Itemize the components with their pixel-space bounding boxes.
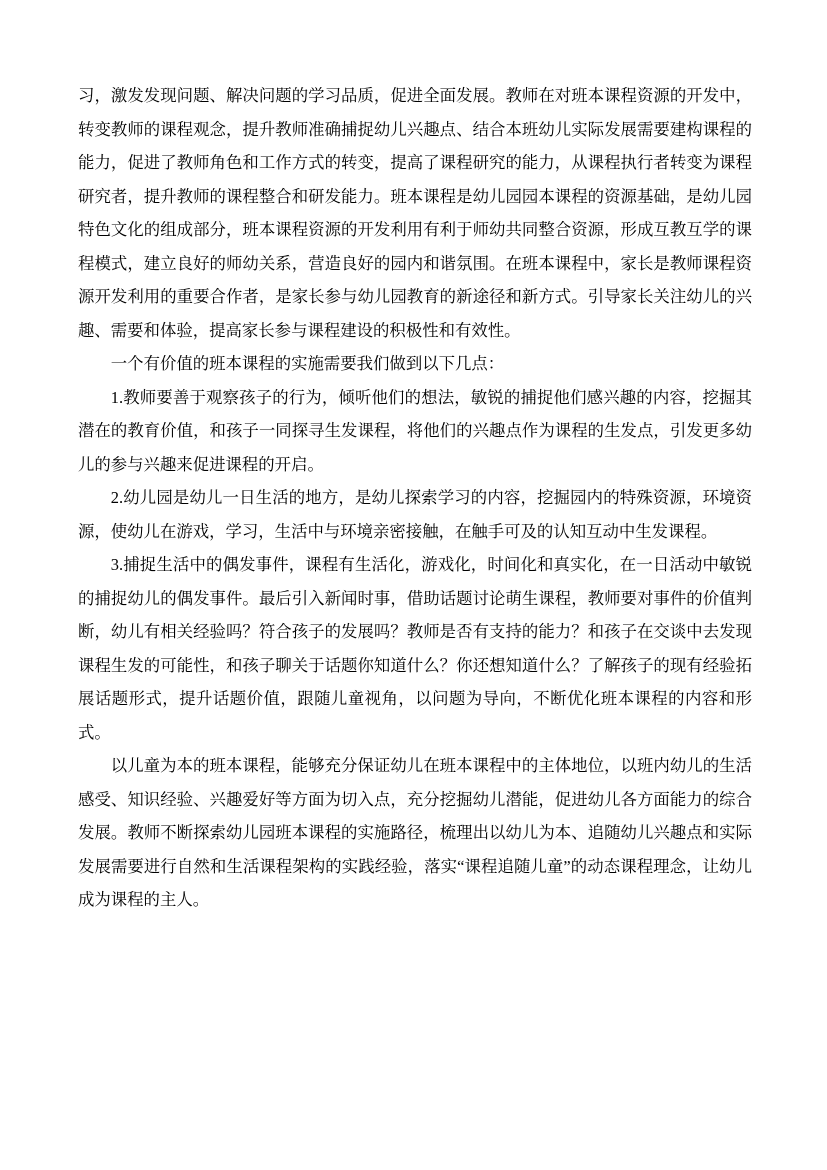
paragraph-point-1: 1.教师要善于观察孩子的行为，倾听他们的想法，敏锐的捕捉他们感兴趣的内容，挖掘其… [78,381,752,482]
document-page: 习，激发发现问题、解决问题的学习品质，促进全面发展。教师在对班本课程资源的开发中… [78,79,752,917]
paragraph-intro-points: 一个有价值的班本课程的实施需要我们做到以下几点： [78,347,752,381]
paragraph-point-3: 3.捕捉生活中的偶发事件，课程有生活化，游戏化，时间化和真实化，在一日活动中敏锐… [78,548,752,749]
paragraph-continuation: 习，激发发现问题、解决问题的学习品质，促进全面发展。教师在对班本课程资源的开发中… [78,79,752,347]
paragraph-conclusion: 以儿童为本的班本课程，能够充分保证幼儿在班本课程中的主体地位，以班内幼儿的生活感… [78,749,752,917]
paragraph-point-2: 2.幼儿园是幼儿一日生活的地方，是幼儿探索学习的内容，挖掘园内的特殊资源，环境资… [78,481,752,548]
